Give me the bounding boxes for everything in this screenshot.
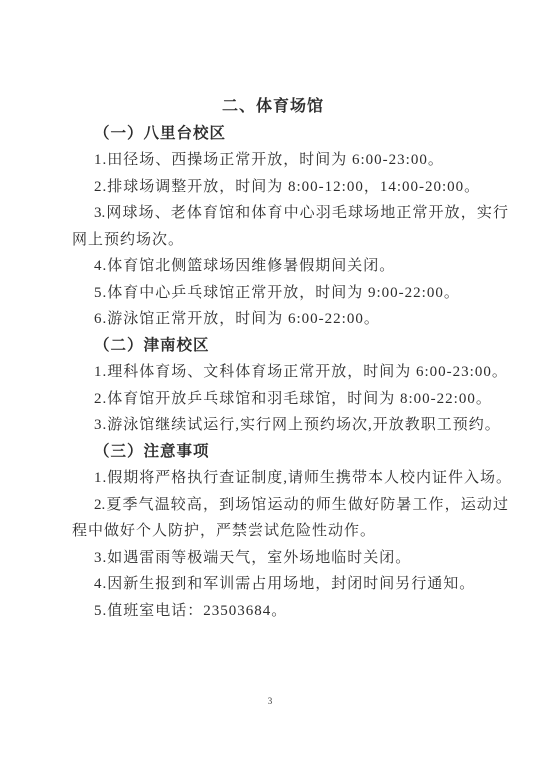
page-number: 3 (0, 694, 540, 708)
doc-line: 5.值班室电话：23503684。 (72, 598, 508, 625)
section-heading-1: （一）八里台校区 (72, 121, 508, 148)
doc-line: 5.体育中心乒乓球馆正常开放，时间为 9:00-22:00。 (72, 280, 508, 307)
document-page: 二、体育场馆 （一）八里台校区 1.田径场、西操场正常开放，时间为 6:00-2… (0, 0, 540, 764)
doc-line: 3.游泳馆继续试运行,实行网上预约场次,开放教职工预约。 (72, 412, 508, 439)
doc-line: 网上预约场次。 (72, 227, 508, 254)
doc-line: 程中做好个人防护，严禁尝试危险性动作。 (72, 518, 508, 545)
doc-line: 4.体育馆北侧篮球场因维修暑假期间关闭。 (72, 253, 508, 280)
doc-line: 6.游泳馆正常开放，时间为 6:00-22:00。 (72, 306, 508, 333)
doc-title: 二、体育场馆 (38, 94, 508, 121)
section-heading-2: （二）津南校区 (72, 333, 508, 360)
doc-line: 3.如遇雷雨等极端天气，室外场地临时关闭。 (72, 545, 508, 572)
doc-line: 1.假期将严格执行查证制度,请师生携带本人校内证件入场。 (72, 465, 508, 492)
document-body: 二、体育场馆 （一）八里台校区 1.田径场、西操场正常开放，时间为 6:00-2… (72, 94, 508, 624)
section-heading-3: （三）注意事项 (72, 439, 508, 466)
doc-line: 1.田径场、西操场正常开放，时间为 6:00-23:00。 (72, 147, 508, 174)
doc-line: 2.体育馆开放乒乓球馆和羽毛球馆，时间为 8:00-22:00。 (72, 386, 508, 413)
doc-line: 3.网球场、老体育馆和体育中心羽毛球场地正常开放，实行 (72, 200, 508, 227)
doc-line: 1.理科体育场、文科体育场正常开放，时间为 6:00-23:00。 (72, 359, 508, 386)
doc-line: 2.夏季气温较高，到场馆运动的师生做好防暑工作，运动过 (72, 492, 508, 519)
doc-line: 2.排球场调整开放，时间为 8:00-12:00，14:00-20:00。 (72, 174, 508, 201)
doc-line: 4.因新生报到和军训需占用场地，封闭时间另行通知。 (72, 571, 508, 598)
